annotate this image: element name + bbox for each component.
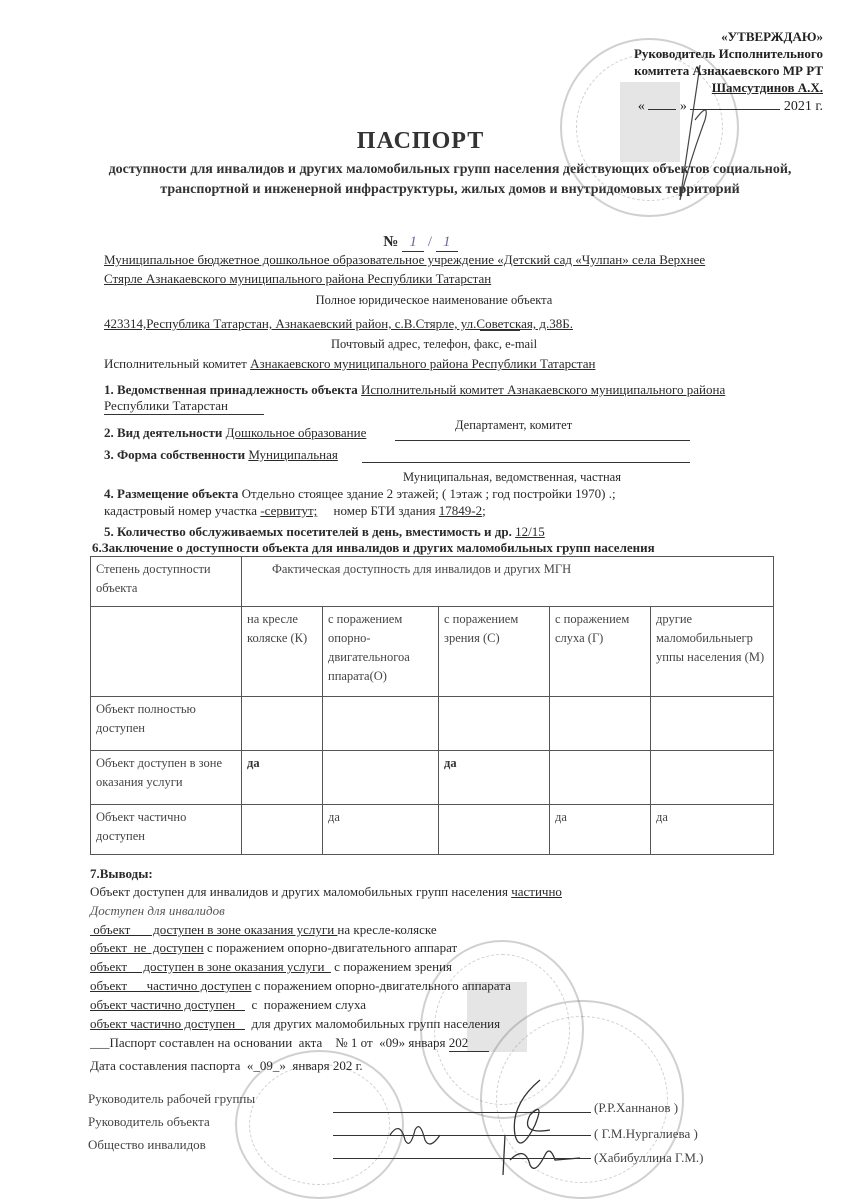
committee-value: Азнакаевского муниципального района Респ… xyxy=(250,356,595,371)
table-cell: да xyxy=(439,751,550,805)
table-cell: да xyxy=(550,805,651,855)
section-1-label: 1. Ведомственная принадлежность объекта xyxy=(104,382,358,397)
signature-role: Руководитель объекта xyxy=(88,1114,210,1130)
conclusion-item: объект частично доступен с поражением сл… xyxy=(90,997,366,1013)
approval-block: «УТВЕРЖДАЮ» Руководитель Исполнительного… xyxy=(634,28,823,115)
date-quote-close: » xyxy=(680,99,687,114)
conclusions-title: 7.Выводы: xyxy=(90,866,153,882)
approval-line1: Руководитель Исполнительного xyxy=(634,45,823,62)
basis-text: ___Паспорт составлен на основании акта №… xyxy=(90,1035,446,1050)
conclusion-status: объект доступен в зоне оказания услуги xyxy=(90,922,337,937)
conclusion-overall: Объект доступен для инвалидов и других м… xyxy=(90,884,562,900)
table-row: Объект полностью доступен xyxy=(91,697,774,751)
table-cell: да xyxy=(323,805,439,855)
number-label: № xyxy=(383,234,398,250)
conclusion-item: объект частично доступен с поражением оп… xyxy=(90,978,511,994)
row-label: Объект доступен в зоне оказания услуги xyxy=(91,751,242,805)
conclusion-subheading: Доступен для инвалидов xyxy=(90,903,225,919)
section-3: 3. Форма собственности Муниципальная xyxy=(104,447,338,463)
column-musculoskeletal: с поражением опорно-двигательногоа ппара… xyxy=(323,607,439,697)
object-name-caption: Полное юридическое наименование объекта xyxy=(104,293,764,308)
number-part2: 1 xyxy=(436,234,458,252)
conclusion-item: объект не доступен с поражением опорно-д… xyxy=(90,940,457,956)
section-6-label: 6.Заключение о доступности объекта для и… xyxy=(92,540,655,556)
table-header-row: Степень доступности объекта Фактическая … xyxy=(91,557,774,607)
date-label: Дата составления паспорта «_09_» января xyxy=(90,1058,330,1073)
signatory-name: ( Г.М.Нургалиева ) xyxy=(594,1126,698,1142)
section-3-caption: Муниципальная, ведомственная, частная xyxy=(403,470,621,485)
section-1-cont: Республики Татарстан xyxy=(104,398,264,415)
approval-year: 2021 г. xyxy=(784,99,823,114)
section-3-label: 3. Форма собственности xyxy=(104,447,245,462)
conclusion-item: объект доступен в зоне оказания услуги н… xyxy=(90,922,437,938)
column-hearing: с поражением слуха (Г) xyxy=(550,607,651,697)
signature-object-head xyxy=(385,1115,445,1155)
table-cell xyxy=(242,805,323,855)
conclusion-target: на кресле-коляске xyxy=(337,922,436,937)
section-2-value: Дошкольное образование xyxy=(226,425,367,440)
conclusion-target: с поражением слуха xyxy=(245,997,366,1012)
passport-basis: ___Паспорт составлен на основании акта №… xyxy=(90,1035,489,1052)
approval-date: « » 2021 г. xyxy=(634,98,823,115)
table-cell xyxy=(439,805,550,855)
table-cell xyxy=(439,697,550,751)
conclusion-item: объект частично доступен для других мало… xyxy=(90,1016,500,1032)
conclusion-status: объект не доступен xyxy=(90,940,204,955)
address-underline xyxy=(480,330,520,331)
passport-date: Дата составления паспорта «_09_» января … xyxy=(90,1058,363,1074)
conclusion-overall-value: частично xyxy=(511,884,562,899)
object-address-caption: Почтовый адрес, телефон, факс, e-mail xyxy=(104,337,764,352)
conclusion-overall-prefix: Объект доступен для инвалидов и других м… xyxy=(90,884,508,899)
table-cell: да xyxy=(242,751,323,805)
date-suffix: г. xyxy=(352,1058,362,1073)
conclusion-status: объект доступен в зоне оказания услуги xyxy=(90,959,331,974)
section-5: 5. Количество обслуживаемых посетителей … xyxy=(104,524,545,540)
bti-value: 17849-2 xyxy=(439,503,482,518)
table-cell xyxy=(242,697,323,751)
signature-role: Общество инвалидов xyxy=(88,1137,206,1153)
table-cell xyxy=(550,751,651,805)
section-4: 4. Размещение объекта Отдельно стоящее з… xyxy=(104,486,616,502)
row-label: Объект частично доступен xyxy=(91,805,242,855)
table-cell xyxy=(651,751,774,805)
date-quote-open: « xyxy=(638,99,645,114)
section-2-label: 2. Вид деятельности xyxy=(104,425,222,440)
conclusion-status: объект частично доступен xyxy=(90,978,251,993)
row-label: Объект полностью доступен xyxy=(91,697,242,751)
section-1-value-line2: Республики Татарстан xyxy=(104,398,264,415)
section-4-cadastral: кадастровый номер участка -сервитут; ном… xyxy=(104,503,486,519)
document-title: ПАСПОРТ xyxy=(0,128,841,155)
section-1-value: Исполнительный комитет Азнакаевского мун… xyxy=(361,382,725,397)
table-row: Объект доступен в зоне оказания услуги д… xyxy=(91,751,774,805)
table-cell xyxy=(323,697,439,751)
column-empty xyxy=(91,607,242,697)
table-row: Объект частично доступен да да да xyxy=(91,805,774,855)
object-name-line2: Стярле Азнакаевского муниципального райо… xyxy=(104,271,491,287)
column-other-mgn: другие маломобильныегр уппы населения (М… xyxy=(651,607,774,697)
accessibility-table: Степень доступности объекта Фактическая … xyxy=(90,556,774,855)
section-5-label: 5. Количество обслуживаемых посетителей … xyxy=(104,524,512,539)
section-5-value: 12/15 xyxy=(515,524,545,539)
section-2-underline xyxy=(395,440,690,441)
section-3-value: Муниципальная xyxy=(248,447,338,462)
table-cell: да xyxy=(651,805,774,855)
number-separator: / xyxy=(428,234,432,250)
committee-prefix: Исполнительный комитет xyxy=(104,356,247,371)
day-blank xyxy=(648,109,676,110)
table-cell xyxy=(651,697,774,751)
conclusion-target: для других маломобильных групп населения xyxy=(245,1016,500,1031)
bti-end: ; xyxy=(482,503,486,518)
signature-disabled-society xyxy=(495,1130,585,1180)
cadastral-value: -сервитут; xyxy=(260,503,317,518)
conclusion-item: объект доступен в зоне оказания услуги с… xyxy=(90,959,452,975)
approver-name: Шамсутдинов А.Х. xyxy=(712,80,823,95)
section-1-caption: Департамент, комитет xyxy=(455,418,572,433)
object-name-line1: Муниципальное бюджетное дошкольное образ… xyxy=(104,252,705,268)
conclusion-target: с поражением опорно-двигательного аппара… xyxy=(204,940,457,955)
section-4-value: Отдельно стоящее здание 2 этажей; ( 1эта… xyxy=(242,486,616,501)
section-1: 1. Ведомственная принадлежность объекта … xyxy=(104,382,725,398)
committee-line: Исполнительный комитет Азнакаевского мун… xyxy=(104,356,595,372)
header-actual-access: Фактическая доступность для инвалидов и … xyxy=(242,557,774,607)
table-columns-row: на кресле коляске (К) с поражением опорн… xyxy=(91,607,774,697)
table-cell xyxy=(550,697,651,751)
cadastral-label: кадастровый номер участка xyxy=(104,503,257,518)
section-4-label: 4. Размещение объекта xyxy=(104,486,238,501)
approval-title: «УТВЕРЖДАЮ» xyxy=(634,28,823,45)
approval-line2: комитета Азнакаевского МР РТ xyxy=(634,62,823,79)
passport-number: № 1 / 1 xyxy=(0,234,841,252)
number-part1: 1 xyxy=(402,234,424,252)
signatory-name: (Р.Р.Ханнанов ) xyxy=(594,1100,678,1116)
table-cell xyxy=(323,751,439,805)
column-vision: с поражением зрения (С) xyxy=(439,607,550,697)
conclusion-status: объект частично доступен xyxy=(90,997,245,1012)
signature-role: Руководитель рабочей группы xyxy=(88,1091,255,1107)
header-degree: Степень доступности объекта xyxy=(91,557,242,607)
signatory-name: (Хабибуллина Г.М.) xyxy=(594,1150,703,1166)
conclusion-status: объект частично доступен xyxy=(90,1016,245,1031)
document-subtitle: доступности для инвалидов и других малом… xyxy=(100,160,800,200)
basis-year: 202 xyxy=(449,1035,489,1052)
column-wheelchair: на кресле коляске (К) xyxy=(242,607,323,697)
bti-label: номер БТИ здания xyxy=(334,503,436,518)
date-year: 202 xyxy=(333,1058,353,1073)
conclusion-target: с поражением опорно-двигательного аппара… xyxy=(251,978,510,993)
section-3-underline xyxy=(362,462,690,463)
section-2: 2. Вид деятельности Дошкольное образован… xyxy=(104,425,366,441)
month-blank xyxy=(690,109,780,110)
conclusion-target: с поражением зрения xyxy=(331,959,452,974)
